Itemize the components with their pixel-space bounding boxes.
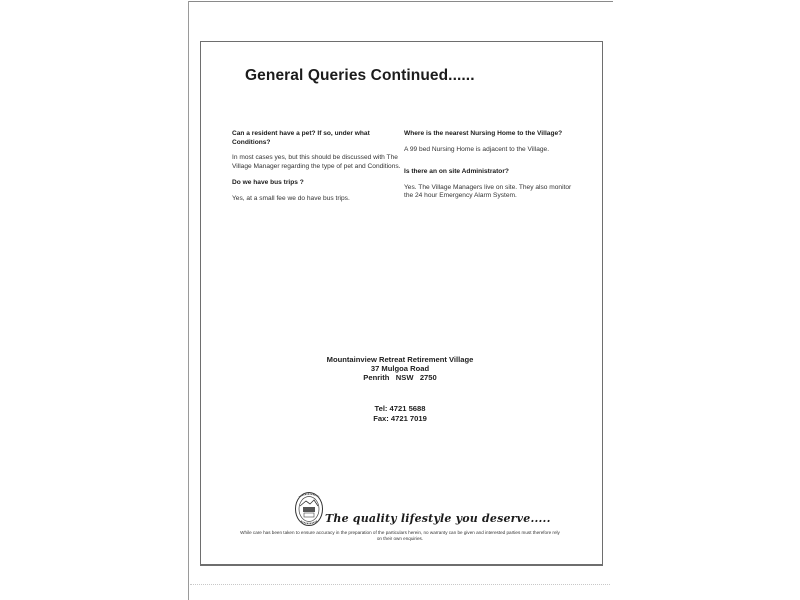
question: Do we have bus trips ? xyxy=(232,179,402,188)
qa-item: Do we have bus trips ? Yes, at a small f… xyxy=(232,179,402,203)
page-edge-top xyxy=(188,1,613,2)
village-name: Mountainview Retreat Retirement Village xyxy=(260,355,540,364)
street-address: 37 Mulgoa Road xyxy=(260,364,540,373)
page-edge-left xyxy=(188,1,189,600)
answer: Yes, at a small fee we do have bus trips… xyxy=(232,195,402,204)
telephone: Tel: 4721 5688 xyxy=(260,404,540,414)
qa-item: Can a resident have a pet? If so, under … xyxy=(232,130,402,171)
village-seal-icon xyxy=(294,491,324,527)
question: Can a resident have a pet? If so, under … xyxy=(232,130,402,147)
disclaimer: While care has been taken to ensure accu… xyxy=(240,530,560,542)
fax: Fax: 4721 7019 xyxy=(260,414,540,424)
city-address: Penrith NSW 2750 xyxy=(260,373,540,382)
answer: Yes. The Village Managers live on site. … xyxy=(404,184,574,201)
left-column: Can a resident have a pet? If so, under … xyxy=(232,130,402,212)
slogan: The quality lifestyle you deserve..... xyxy=(325,512,551,525)
contact-block: Tel: 4721 5688 Fax: 4721 7019 xyxy=(260,404,540,423)
answer: A 99 bed Nursing Home is adjacent to the… xyxy=(404,146,574,155)
right-column: Where is the nearest Nursing Home to the… xyxy=(404,130,574,209)
document-frame xyxy=(200,41,603,566)
qa-item: Is there an on site Administrator? Yes. … xyxy=(404,168,574,201)
answer: In most cases yes, but this should be di… xyxy=(232,154,402,171)
question: Is there an on site Administrator? xyxy=(404,168,574,177)
address-block: Mountainview Retreat Retirement Village … xyxy=(260,355,540,383)
page-bottom-dotted-line xyxy=(190,584,610,585)
question: Where is the nearest Nursing Home to the… xyxy=(404,130,574,139)
qa-item: Where is the nearest Nursing Home to the… xyxy=(404,130,574,154)
page-title: General Queries Continued...... xyxy=(245,67,475,85)
